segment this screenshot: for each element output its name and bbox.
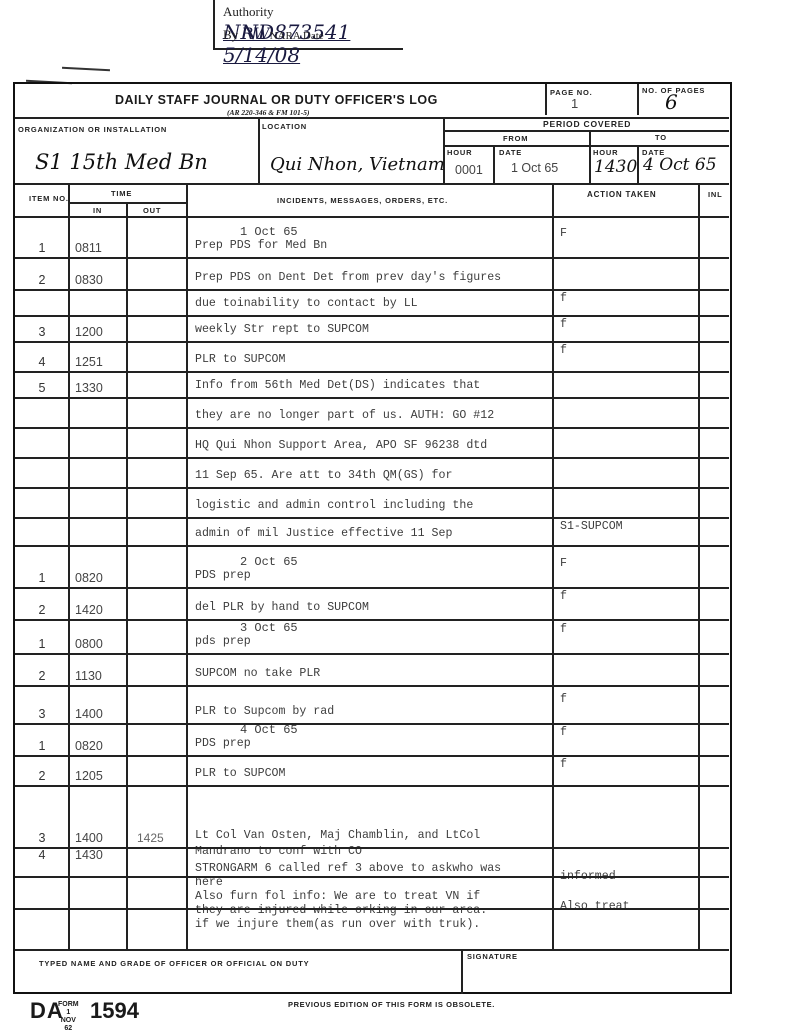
- col-inl: INL: [708, 190, 722, 199]
- form-number-block: DA FORM 1 NOV 62 1594: [30, 998, 64, 1024]
- time-in: 1420: [75, 603, 125, 617]
- signature-label: SIGNATURE: [467, 952, 518, 961]
- time-in: 1400: [75, 831, 125, 845]
- incident-message: PLR to SUPCOM: [195, 353, 285, 366]
- date-header: 4 Oct 65: [240, 723, 298, 737]
- nara-date-label: NARA Date: [270, 30, 324, 42]
- form-number: 1594: [90, 998, 139, 1024]
- log-entry-row: 21420del PLR by hand to SUPCOMf: [15, 588, 729, 620]
- authority-label: Authority: [223, 4, 274, 19]
- form-title: DAILY STAFF JOURNAL OR DUTY OFFICER'S LO…: [115, 93, 438, 107]
- action-taken: f: [560, 726, 567, 739]
- col-item-no: ITEM NO.: [29, 194, 69, 203]
- time-in: 0820: [75, 571, 125, 585]
- from-date-label: DATE: [499, 148, 522, 157]
- organization-label: ORGANIZATION OR INSTALLATION: [18, 125, 167, 134]
- log-entry-row: 41430 STRONGARM 6 called ref 3 above to …: [15, 848, 729, 950]
- nara-line: By RWNARA Date 5/14/08: [223, 24, 403, 67]
- time-in: 0811: [75, 241, 125, 255]
- page-no-value: 1: [571, 96, 578, 111]
- action-taken: F: [560, 557, 567, 570]
- col-time-in: IN: [93, 206, 102, 215]
- to-hour-label: HOUR: [593, 148, 618, 157]
- item-number: 2: [19, 769, 65, 783]
- no-of-pages-value: 6: [665, 90, 678, 114]
- log-entry-row: due toinability to contact by LLf: [15, 290, 729, 316]
- incident-message: Info from 56th Med Det(DS) indicates tha…: [195, 379, 480, 392]
- col-time: TIME: [111, 189, 132, 198]
- time-in: 1430: [75, 848, 125, 862]
- incident-message: logistic and admin control including the: [195, 499, 473, 512]
- item-number: 2: [19, 273, 65, 287]
- form-subtitle: (AR 220-346 & FM 101-5): [227, 108, 310, 117]
- time-in: 1130: [75, 669, 125, 683]
- log-entry-row: 31400PLR to Supcom by radf: [15, 686, 729, 724]
- date-header: 1 Oct 65: [240, 225, 298, 239]
- date-header: 2 Oct 65: [240, 555, 298, 569]
- incident-message: admin of mil Justice effective 11 Sep: [195, 527, 452, 540]
- incident-message: PDS prep: [195, 569, 251, 582]
- incident-message: Prep PDS on Dent Det from prev day's fig…: [195, 271, 501, 284]
- log-entry-row: 51330 Info from 56th Med Det(DS) indicat…: [15, 372, 729, 398]
- incident-message: here: [195, 876, 223, 889]
- incident-message: 11 Sep 65. Are att to 34th QM(GS) for: [195, 469, 452, 482]
- action-taken: f: [560, 693, 567, 706]
- incident-message: PLR to SUPCOM: [195, 767, 285, 780]
- time-in: 0820: [75, 739, 125, 753]
- from-date-value: 1 Oct 65: [511, 161, 558, 175]
- to-hour-value: 1430: [594, 157, 637, 177]
- item-number: 1: [19, 739, 65, 753]
- log-entry-row: 2 Oct 6510820PDS prepF: [15, 546, 729, 588]
- item-number: 4: [19, 848, 65, 862]
- time-in: 1330: [75, 381, 125, 395]
- log-entry-row: 314001425Lt Col Van Osten, Maj Chamblin,…: [15, 786, 729, 848]
- time-in: 1205: [75, 769, 125, 783]
- by-label: By: [223, 27, 238, 42]
- incident-message: weekly Str rept to SUPCOM: [195, 323, 369, 336]
- log-entry-row: they are no longer part of us. AUTH: GO …: [15, 398, 729, 428]
- item-number: 3: [19, 831, 65, 845]
- log-entry-row: admin of mil Justice effective 11 SepS1-…: [15, 518, 729, 546]
- time-in: 1200: [75, 325, 125, 339]
- nara-date-value: 5/14/08: [223, 43, 300, 67]
- to-label: TO: [655, 133, 667, 142]
- form-date-label: FORM 1 NOV 62: [58, 1001, 79, 1033]
- location-value: Qui Nhon, Vietnam: [270, 154, 445, 175]
- log-entry-row: 4 Oct 6510820PDS prepf: [15, 724, 729, 756]
- incident-message: PDS prep: [195, 737, 251, 750]
- action-taken: f: [560, 590, 567, 603]
- incident-message: del PLR by hand to SUPCOM: [195, 601, 369, 614]
- incident-message: Also furn fol info: We are to treat VN i…: [195, 890, 480, 903]
- log-entry-row: 1 Oct 6510811Prep PDS for Med BnF: [15, 216, 729, 258]
- log-entry-row: 3 Oct 6510800pds prepf: [15, 620, 729, 654]
- action-taken: f: [560, 318, 567, 331]
- duty-log-form: DAILY STAFF JOURNAL OR DUTY OFFICER'S LO…: [13, 82, 732, 994]
- log-entry-row: 20830Prep PDS on Dent Det from prev day'…: [15, 258, 729, 290]
- incident-message: if we injure them(as run over with truk)…: [195, 918, 480, 931]
- pen-stroke-mark: [62, 67, 110, 72]
- log-entry-row: 11 Sep 65. Are att to 34th QM(GS) for: [15, 458, 729, 488]
- incident-message: due toinability to contact by LL: [195, 297, 418, 310]
- col-action-taken: ACTION TAKEN: [587, 190, 656, 199]
- col-incidents: INCIDENTS, MESSAGES, ORDERS, ETC.: [277, 196, 448, 205]
- log-entry-row: 21130SUPCOM no take PLR: [15, 654, 729, 686]
- incident-message: they are no longer part of us. AUTH: GO …: [195, 409, 494, 422]
- log-entry-row: 21205PLR to SUPCOMf: [15, 756, 729, 786]
- action-taken: S1-SUPCOM: [560, 520, 623, 533]
- time-in: 0830: [75, 273, 125, 287]
- incident-message: Lt Col Van Osten, Maj Chamblin, and LtCo…: [195, 829, 480, 842]
- date-header: 3 Oct 65: [240, 621, 298, 635]
- from-label: FROM: [503, 134, 528, 143]
- time-in: 1400: [75, 707, 125, 721]
- action-taken: f: [560, 758, 567, 771]
- organization-value: S1 15th Med Bn: [35, 150, 208, 174]
- action-taken: f: [560, 292, 567, 305]
- action-taken: F: [560, 227, 567, 240]
- action-taken: f: [560, 344, 567, 357]
- incident-message: pds prep: [195, 635, 251, 648]
- item-number: 2: [19, 603, 65, 617]
- from-hour-label: HOUR: [447, 148, 472, 157]
- log-entry-row: HQ Qui Nhon Support Area, APO SF 96238 d…: [15, 428, 729, 458]
- obsolete-notice: PREVIOUS EDITION OF THIS FORM IS OBSOLET…: [288, 1000, 495, 1009]
- typed-name-label: TYPED NAME AND GRADE OF OFFICER OR OFFIC…: [39, 959, 309, 968]
- incident-message: PLR to Supcom by rad: [195, 705, 334, 718]
- incident-message: HQ Qui Nhon Support Area, APO SF 96238 d…: [195, 439, 487, 452]
- log-entry-row: 41251PLR to SUPCOMf: [15, 342, 729, 372]
- item-number: 1: [19, 571, 65, 585]
- location-label: LOCATION: [262, 122, 307, 131]
- time-in: 0800: [75, 637, 125, 651]
- log-entry-row: logistic and admin control including the: [15, 488, 729, 518]
- action-taken: f: [560, 623, 567, 636]
- item-number: 2: [19, 669, 65, 683]
- item-number: 1: [19, 637, 65, 651]
- incident-message: Prep PDS for Med Bn: [195, 239, 327, 252]
- to-date-value: 4 Oct 65: [643, 155, 717, 175]
- incident-message: SUPCOM no take PLR: [195, 667, 320, 680]
- col-time-out: OUT: [143, 206, 161, 215]
- item-number: 3: [19, 325, 65, 339]
- time-in: 1251: [75, 355, 125, 369]
- authority-stamp: Authority NND873541 By RWNARA Date 5/14/…: [213, 0, 403, 50]
- period-covered-label: PERIOD COVERED: [543, 119, 631, 129]
- from-hour-value: 0001: [455, 163, 483, 177]
- item-number: 3: [19, 707, 65, 721]
- item-number: 5: [19, 381, 65, 395]
- by-initials: RW: [241, 24, 269, 43]
- incident-message: they are injured while orking in our are…: [195, 904, 487, 917]
- item-number: 4: [19, 355, 65, 369]
- action-taken: Also treat: [560, 900, 630, 913]
- incident-message: STRONGARM 6 called ref 3 above to askwho…: [195, 862, 501, 875]
- time-out: 1425: [137, 831, 187, 845]
- item-number: 1: [19, 241, 65, 255]
- log-entry-row: 31200 weekly Str rept to SUPCOMf: [15, 316, 729, 342]
